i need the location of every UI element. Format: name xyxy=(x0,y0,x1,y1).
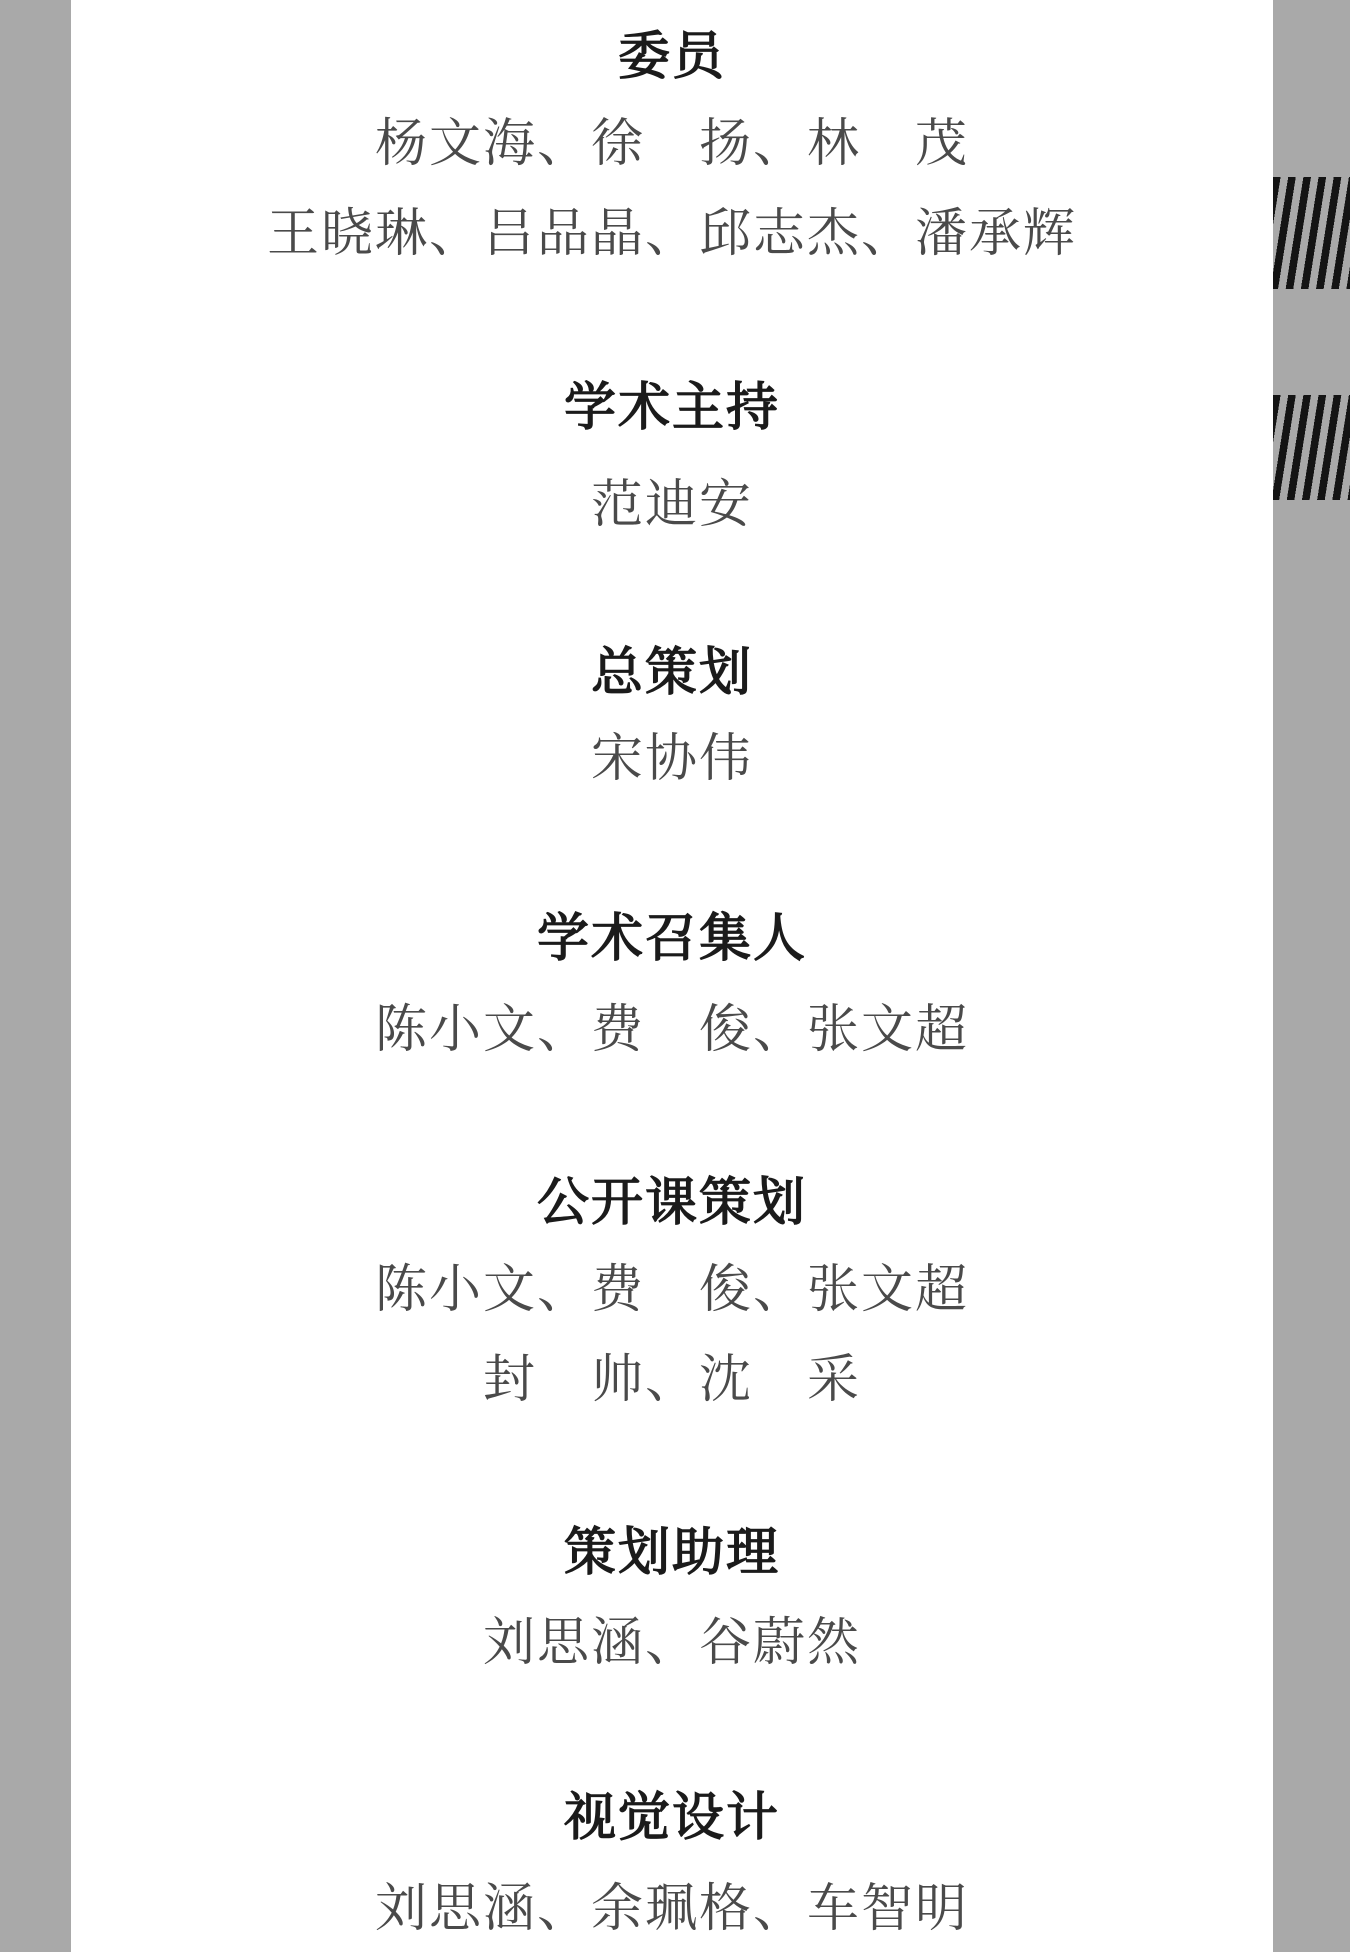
diagonal-stripes-icon-top xyxy=(1273,177,1350,289)
names-line-committee-2: 王晓琳、吕品晶、邱志杰、潘承辉 xyxy=(71,205,1273,263)
names-line-visual-design: 刘思涵、余珮格、车智明 xyxy=(71,1880,1273,1938)
names-line-open-course-planning-2: 封 帅、沈 采 xyxy=(71,1351,1273,1409)
diagonal-stripes-icon-bottom xyxy=(1273,395,1350,500)
left-gray-bar xyxy=(0,0,71,1952)
credits-poster-page: 委员 杨文海、徐 扬、林 茂 王晓琳、吕品晶、邱志杰、潘承辉 学术主持 范迪安 … xyxy=(0,0,1350,1952)
names-line-open-course-planning-1: 陈小文、费 俊、张文超 xyxy=(71,1261,1273,1319)
section-title-chief-planner: 总策划 xyxy=(71,644,1273,702)
section-title-academic-convener: 学术召集人 xyxy=(71,910,1273,968)
names-line-chief-planner: 宋协伟 xyxy=(71,730,1273,788)
section-title-visual-design: 视觉设计 xyxy=(71,1789,1273,1847)
section-title-committee: 委员 xyxy=(71,28,1273,86)
names-line-academic-host: 范迪安 xyxy=(71,476,1273,534)
section-title-academic-host: 学术主持 xyxy=(71,379,1273,437)
section-title-open-course-planning: 公开课策划 xyxy=(71,1174,1273,1232)
names-line-planning-assistant: 刘思涵、谷蔚然 xyxy=(71,1614,1273,1672)
names-line-academic-convener: 陈小文、费 俊、张文超 xyxy=(71,1001,1273,1059)
right-gray-bar xyxy=(1273,0,1350,1952)
section-title-planning-assistant: 策划助理 xyxy=(71,1524,1273,1582)
names-line-committee-1: 杨文海、徐 扬、林 茂 xyxy=(71,115,1273,173)
